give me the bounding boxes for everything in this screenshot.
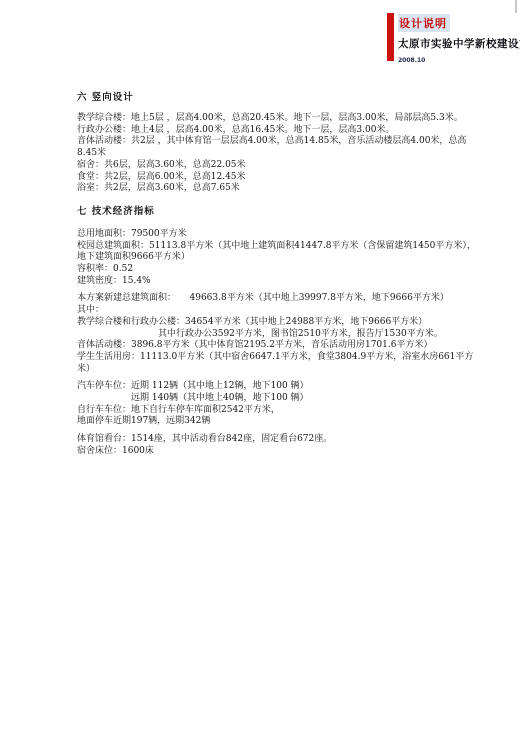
facilities-paragraph: 体育馆看台：1514座，其中活动看台842座，固定看台672座。 宿舍床位：16… (77, 434, 497, 457)
site-stats-paragraph: 总用地面积：79500平方米 校园总建筑面积：51113.8平方米（其中地上建筑… (77, 229, 497, 288)
text-line: 音体活动楼：共2层 ，其中体育馆一层层高4.00米，总高14.85米，音乐活动楼… (77, 136, 497, 148)
text-line: 容积率：0.52 (77, 264, 497, 276)
header-content: 设计说明 太原市实验中学新校建设方案 2008.10 (398, 12, 512, 64)
text-line: 8.45米 (77, 148, 497, 160)
text-line: 自行车车位：地下自行车停车库面积2542平方米， (77, 405, 497, 417)
text-line: 学生生活用房：11113.0平方米（其中宿舍6647.1平方米，食堂3804.9… (77, 352, 497, 364)
new-build-paragraph: 本方案新建总建筑面积： 49663.8平方米（其中地上39997.8平方米，地下… (77, 293, 497, 375)
document-page: 设计说明 太原市实验中学新校建设方案 2008.10 六 竖向设计 教学综合楼：… (0, 0, 520, 735)
text-line: 教学综合楼和行政办公楼：34654平方米（其中地上24988平方米，地下9666… (77, 317, 497, 329)
text-line: 宿舍床位：1600床 (77, 446, 497, 458)
text-line: 远期 140辆（其中地上40辆，地下100 辆） (77, 393, 497, 405)
parking-paragraph: 汽车停车位：近期 112辆（其中地上12辆，地下100 辆） 远期 140辆（其… (77, 381, 497, 428)
doc-date: 2008.10 (398, 57, 512, 64)
section-6-paragraph: 教学综合楼：地上5层 ，层高4.00米，总高20.45米。地下一层，层高3.00… (77, 113, 497, 195)
text-line: 体育馆看台：1514座，其中活动看台842座，固定看台672座。 (77, 434, 497, 446)
text-line: 其中行政办公3592平方米，图书馆2510平方米，报告厅1530平方米。 (77, 329, 497, 341)
text-line: 总用地面积：79500平方米 (77, 229, 497, 241)
text-line: 地面停车近期197辆，远期342辆 (77, 416, 497, 428)
text-line: 其中： (77, 305, 497, 317)
header-accent-bar (387, 13, 394, 61)
text-line: 校园总建筑面积：51113.8平方米（其中地上建筑面积41447.8平方米（含保… (77, 241, 497, 253)
text-line: 地下建筑面积9666平方米） (77, 252, 497, 264)
document-body: 六 竖向设计 教学综合楼：地上5层 ，层高4.00米，总高20.45米。地下一层… (77, 92, 497, 458)
text-line: 本方案新建总建筑面积： 49663.8平方米（其中地上39997.8平方米，地下… (77, 293, 497, 305)
text-line: 宿舍：共6层，层高3.60米，总高22.05米 (77, 160, 497, 172)
page-corner-mark (515, 0, 517, 13)
section-6-heading: 六 竖向设计 (77, 92, 497, 104)
text-line: 建筑密度：15.4% (77, 276, 497, 288)
section-7-heading: 七 技术经济指标 (77, 206, 497, 218)
text-line: 行政办公楼：地上4层 ，层高4.00米，总高16.45米。地下一层，层高3.00… (77, 125, 497, 137)
document-header: 设计说明 太原市实验中学新校建设方案 2008.10 (387, 12, 512, 64)
text-line: 汽车停车位：近期 112辆（其中地上12辆，地下100 辆） (77, 381, 497, 393)
text-line: 音体活动楼：3896.8平方米（其中体育馆2195.2平方米，音乐活动用房170… (77, 340, 497, 352)
text-line: 教学综合楼：地上5层 ，层高4.00米，总高20.45米。地下一层，层高3.00… (77, 113, 497, 125)
text-line: 浴室：共2层，层高3.60米，总高7.65米 (77, 183, 497, 195)
doc-type-label: 设计说明 (398, 14, 450, 32)
project-title: 太原市实验中学新校建设方案 (398, 36, 512, 51)
text-line: 米） (77, 364, 497, 376)
text-line: 食堂：共2层，层高6.00米，总高12.45米 (77, 172, 497, 184)
